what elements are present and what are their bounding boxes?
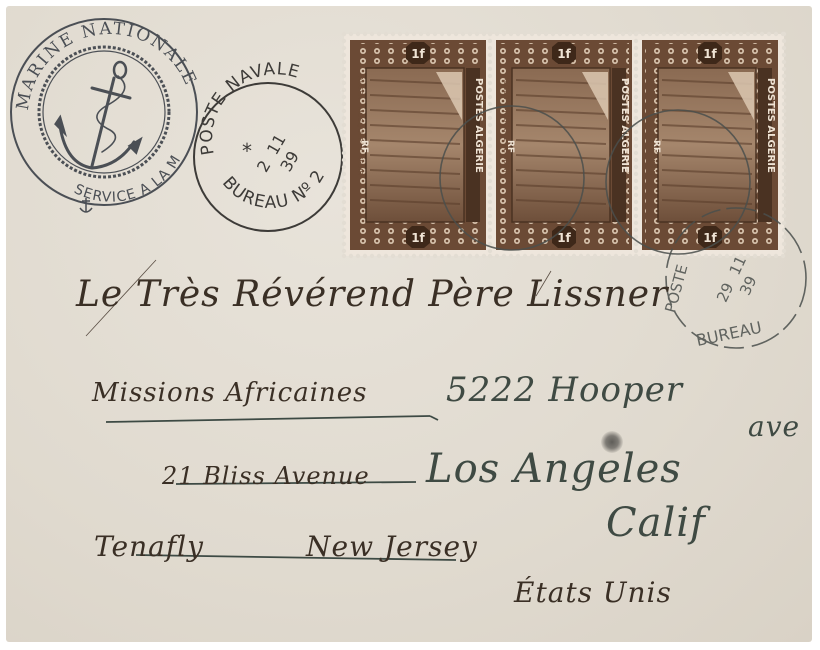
address-line-3-new: Los Angeles (426, 446, 682, 492)
stamp-caption: ALGER - MOSQUÉE EL KEBIR (502, 76, 511, 176)
cachet-top-text: MARINE NATIONALE (13, 19, 201, 112)
postmark-bottom-text: BUREAU Nº 2 (218, 166, 329, 213)
postage-stamp: POSTES ALGERIEALGER - MOSQUÉE EL KEBIRRF… (634, 32, 786, 258)
postage-stamp: POSTES ALGERIEALGER - MOSQUÉE EL KEBIRRF… (342, 32, 494, 258)
postmark-star: * (242, 139, 252, 163)
stamp-value: 1f (411, 231, 425, 245)
address-line-2-suffix: ave (748, 410, 800, 443)
stamp-rf: RF (359, 140, 369, 153)
stamp-caption: ALGER - MOSQUÉE EL KEBIR (356, 76, 365, 176)
svg-text:BUREAU Nº 2: BUREAU Nº 2 (218, 166, 329, 213)
stamp-value: 1f (703, 47, 717, 61)
svg-text:MARINE NATIONALE: MARINE NATIONALE (13, 19, 201, 112)
postage-stamp: POSTES ALGERIEALGER - MOSQUÉE EL KEBIRRF… (488, 32, 640, 258)
address-line-5-struck-a: Tenafly (94, 530, 204, 563)
stamp-rf: RF (505, 140, 515, 153)
envelope: MARINE NATIONALE SERVICE A LA MER (6, 6, 812, 642)
stamp-value: 1f (557, 47, 571, 61)
anchor-icon (56, 62, 140, 168)
stamp-value: 1f (411, 47, 425, 61)
address-line-4-new: Calif (606, 500, 706, 546)
stamp-caption: ALGER - MOSQUÉE EL KEBIR (648, 76, 657, 176)
marine-nationale-cachet: MARINE NATIONALE SERVICE A LA MER (6, 6, 201, 212)
stamp-country: POSTES ALGERIE (473, 78, 484, 173)
stamp-country: POSTES ALGERIE (619, 78, 630, 173)
stamp-rf: RF (651, 140, 661, 153)
address-line-6: États Unis (514, 576, 672, 609)
address-line-1: Le Très Révérend Père Lissner (76, 274, 668, 315)
stamp-country: POSTES ALGERIE (765, 78, 776, 173)
address-line-5-struck-b: New Jersey (306, 530, 478, 563)
postmark-day: 2 (253, 157, 275, 175)
stamp-strip: POSTES ALGERIEALGER - MOSQUÉE EL KEBIRRF… (342, 32, 786, 258)
address-line-3-struck: 21 Bliss Avenue (162, 462, 370, 490)
postmark-2-day: 29 (713, 280, 737, 305)
ink-spot (601, 431, 623, 453)
poste-navale-postmark: POSTE NAVALE BUREAU Nº 2 * 2 11 39 (194, 59, 342, 231)
address-line-2-new: 5222 Hooper (446, 370, 683, 410)
